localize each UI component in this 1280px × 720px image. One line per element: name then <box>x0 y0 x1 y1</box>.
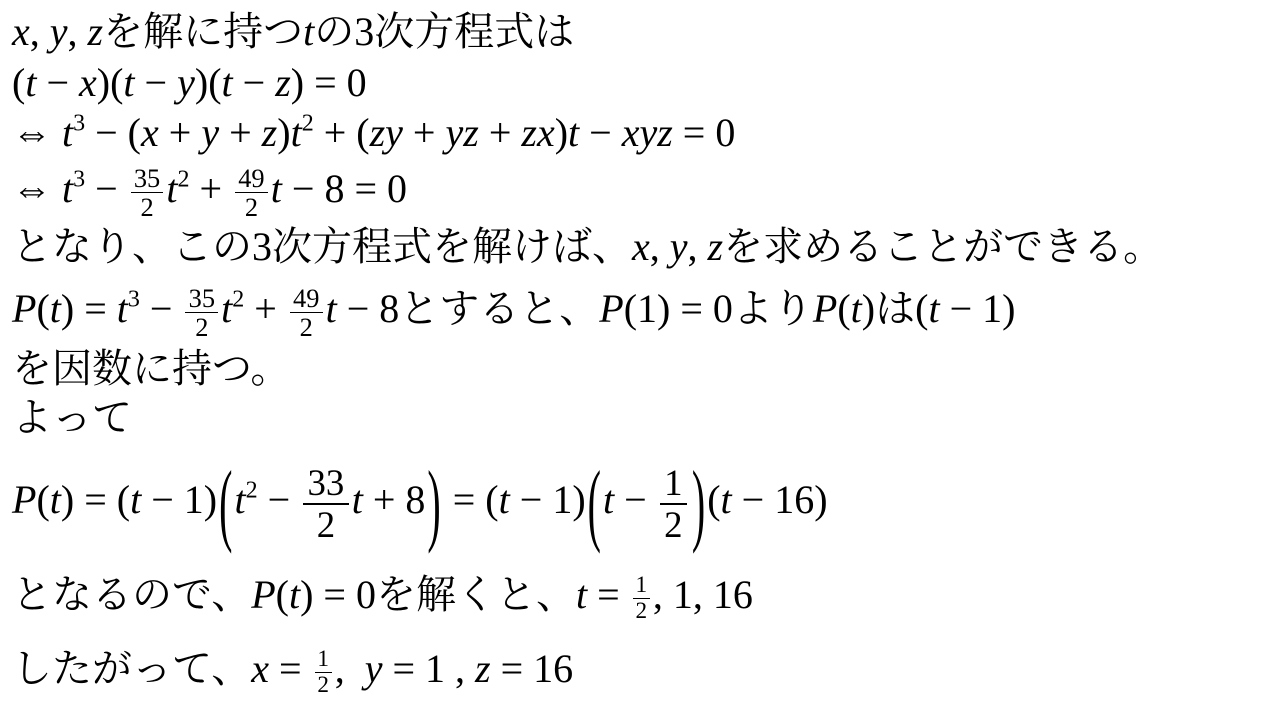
math-run: t − 8 <box>326 286 400 331</box>
superscript-exponent: 3 <box>73 166 85 192</box>
math-line-10: となるので、P(t) = 0を解くと、t = 12, 1, 16 <box>12 558 1280 632</box>
math-line-6: P(t) = t3 − 352t2 + 492t − 8とすると、P(1) = … <box>12 274 1280 344</box>
japanese-text: したがって、 <box>12 647 251 691</box>
math-run: (t − 16) <box>707 477 827 522</box>
japanese-text: を解くと、 <box>376 573 576 617</box>
fraction-denominator: 2 <box>185 313 218 342</box>
math-line-9: P(t) = (t − 1)(t2 − 332t + 8) = (t − 1)(… <box>12 442 1280 558</box>
fraction: 12 <box>660 463 687 544</box>
japanese-text: の <box>314 10 354 54</box>
fraction: 492 <box>290 284 323 342</box>
math-run: P(1) = 0 <box>599 286 733 331</box>
japanese-text: は <box>875 287 915 331</box>
math-run: (t − 1) <box>915 286 1015 331</box>
math-line-3: ⇔ t3 − (x + y + z)t2 + (zy + yz + zx)t −… <box>12 108 1280 158</box>
math-run: t <box>166 166 177 211</box>
math-run: P(t) = (t − 1) <box>12 477 217 522</box>
math-run: + <box>244 286 287 331</box>
fraction: 12 <box>315 647 332 698</box>
math-run: 3 <box>354 9 374 54</box>
japanese-text: を因数に持つ。 <box>12 347 290 391</box>
fraction-denominator: 2 <box>290 313 323 342</box>
japanese-text: 次方程式を解けば、 <box>272 225 632 269</box>
math-run: + <box>190 166 233 211</box>
math-run: P(t) <box>813 286 875 331</box>
superscript-exponent: 3 <box>73 110 85 136</box>
math-run: x, y, z <box>12 9 103 54</box>
fraction: 332 <box>303 463 349 544</box>
math-run: − <box>140 286 183 331</box>
big-close-paren: ) <box>692 370 705 637</box>
math-run: t <box>221 286 232 331</box>
math-document: x, y, zを解に持つtの3次方程式は(t − x)(t − y)(t − z… <box>0 0 1280 720</box>
math-run: t + 8 <box>352 477 426 522</box>
math-run: t <box>234 477 245 522</box>
japanese-text: とすると、 <box>399 287 599 331</box>
fraction-denominator: 2 <box>315 673 332 698</box>
math-line-5: となり、この3次方程式を解けば、x, y, zを求めることができる。 <box>12 220 1280 274</box>
japanese-text: を求めることができる。 <box>723 225 1163 269</box>
fraction-denominator: 2 <box>303 505 349 545</box>
japanese-text: となるので、 <box>12 573 251 617</box>
fraction-denominator: 2 <box>235 193 268 222</box>
math-run: ⇔ t <box>12 110 73 155</box>
math-run: ⇔ t <box>12 166 73 211</box>
japanese-text: となり、この <box>12 225 252 269</box>
fraction: 12 <box>633 573 650 624</box>
big-close-paren: ) <box>427 370 440 637</box>
fraction-numerator: 35 <box>131 164 164 194</box>
math-line-7: を因数に持つ。 <box>12 344 1280 394</box>
math-run: − <box>85 166 128 211</box>
japanese-text: 次方程式は <box>374 10 574 54</box>
fraction-numerator: 1 <box>633 573 650 599</box>
math-run: − <box>258 477 301 522</box>
japanese-text: を解に持つ <box>103 10 303 54</box>
math-run: − (x + y + z)t <box>85 110 302 155</box>
japanese-text: より <box>733 287 813 331</box>
big-open-paren: ( <box>588 370 601 637</box>
fraction-denominator: 2 <box>131 193 164 222</box>
fraction-denominator: 2 <box>660 505 687 545</box>
math-line-2: (t − x)(t − y)(t − z) = 0 <box>12 58 1280 108</box>
superscript-exponent: 2 <box>232 286 244 312</box>
math-run: (t − x)(t − y)(t − z) = 0 <box>12 60 367 105</box>
math-run: t − <box>603 477 657 522</box>
fraction-denominator: 2 <box>633 599 650 624</box>
math-run: P(t) = t <box>12 286 128 331</box>
superscript-exponent: 2 <box>302 110 314 136</box>
math-run: t = <box>576 572 630 617</box>
superscript-exponent: 3 <box>128 286 140 312</box>
math-line-8: よって <box>12 394 1280 442</box>
superscript-exponent: 2 <box>178 166 190 192</box>
math-run: x, y, z <box>632 224 723 269</box>
math-line-4: ⇔ t3 − 352t2 + 492t − 8 = 0 <box>12 158 1280 220</box>
fraction-numerator: 49 <box>235 164 268 194</box>
math-run: , y = 1 , z = 16 <box>335 646 573 691</box>
fraction-numerator: 33 <box>303 463 349 505</box>
math-line-11: したがって、x = 12, y = 1 , z = 16 <box>12 632 1280 706</box>
fraction-numerator: 1 <box>315 647 332 673</box>
fraction-numerator: 49 <box>290 284 323 314</box>
superscript-exponent: 2 <box>246 477 258 503</box>
big-open-paren: ( <box>219 370 232 637</box>
math-run: t − 8 = 0 <box>271 166 407 211</box>
fraction: 352 <box>185 284 218 342</box>
fraction-numerator: 1 <box>660 463 687 505</box>
math-run: P(t) = 0 <box>251 572 376 617</box>
fraction-numerator: 35 <box>185 284 218 314</box>
math-run: 3 <box>252 224 272 269</box>
math-run: = (t − 1) <box>443 477 586 522</box>
math-run: t <box>303 9 314 54</box>
japanese-text: よって <box>12 396 132 440</box>
fraction: 352 <box>131 164 164 222</box>
math-run: + (zy + yz + zx)t − xyz = 0 <box>314 110 736 155</box>
math-run: x = <box>251 646 311 691</box>
math-line-1: x, y, zを解に持つtの3次方程式は <box>12 6 1280 58</box>
fraction: 492 <box>235 164 268 222</box>
